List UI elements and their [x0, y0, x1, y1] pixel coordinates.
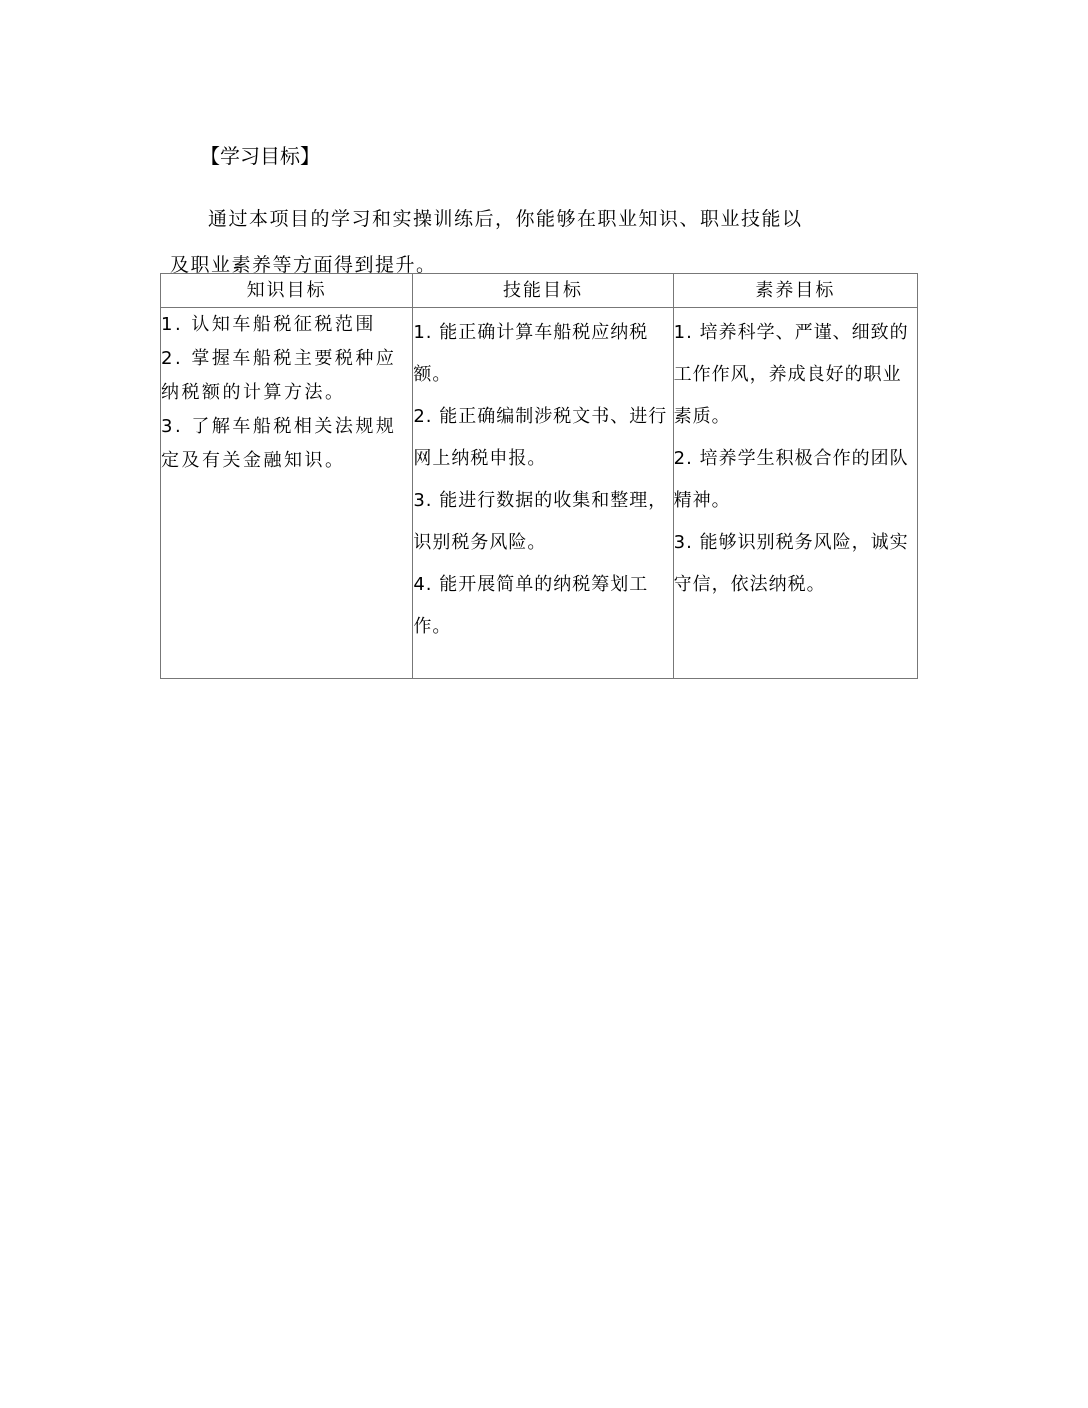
- header-knowledge: 知识目标: [161, 274, 413, 308]
- table-header-row: 知识目标 技能目标 素养目标: [161, 274, 918, 308]
- skills-item: 1. 能正确计算车船税应纳税额。: [413, 312, 672, 396]
- skills-cell: 1. 能正确计算车船税应纳税额。 2. 能正确编制涉税文书、进行网上纳税申报。 …: [413, 308, 673, 679]
- skills-item: 4. 能开展简单的纳税筹划工作。: [413, 564, 672, 648]
- intro-line-1: 通过本项目的学习和实操训练后，你能够在职业知识、职业技能以: [170, 196, 890, 242]
- header-skills: 技能目标: [413, 274, 673, 308]
- quality-item: 2. 培养学生积极合作的团队精神。: [674, 438, 917, 522]
- skills-item: 2. 能正确编制涉税文书、进行网上纳税申报。: [413, 396, 672, 480]
- knowledge-cell: 1. 认知车船税征税范围 2. 掌握车船税主要税种应纳税额的计算方法。 3. 了…: [161, 308, 413, 679]
- learning-goals-table: 知识目标 技能目标 素养目标 1. 认知车船税征税范围 2. 掌握车船税主要税种…: [160, 273, 918, 679]
- section-heading: 【学习目标】: [200, 142, 320, 170]
- quality-item: 3. 能够识别税务风险，诚实守信，依法纳税。: [674, 522, 917, 606]
- quality-cell: 1. 培养科学、严谨、细致的工作作风，养成良好的职业素质。 2. 培养学生积极合…: [673, 308, 917, 679]
- skills-item: 3. 能进行数据的收集和整理，识别税务风险。: [413, 480, 672, 564]
- header-quality: 素养目标: [673, 274, 917, 308]
- knowledge-item: 1. 认知车船税征税范围: [161, 308, 412, 342]
- quality-item: 1. 培养科学、严谨、细致的工作作风，养成良好的职业素质。: [674, 312, 917, 438]
- knowledge-item: 2. 掌握车船税主要税种应纳税额的计算方法。: [161, 342, 412, 410]
- table-row: 1. 认知车船税征税范围 2. 掌握车船税主要税种应纳税额的计算方法。 3. 了…: [161, 308, 918, 679]
- knowledge-item: 3. 了解车船税相关法规规定及有关金融知识。: [161, 410, 412, 478]
